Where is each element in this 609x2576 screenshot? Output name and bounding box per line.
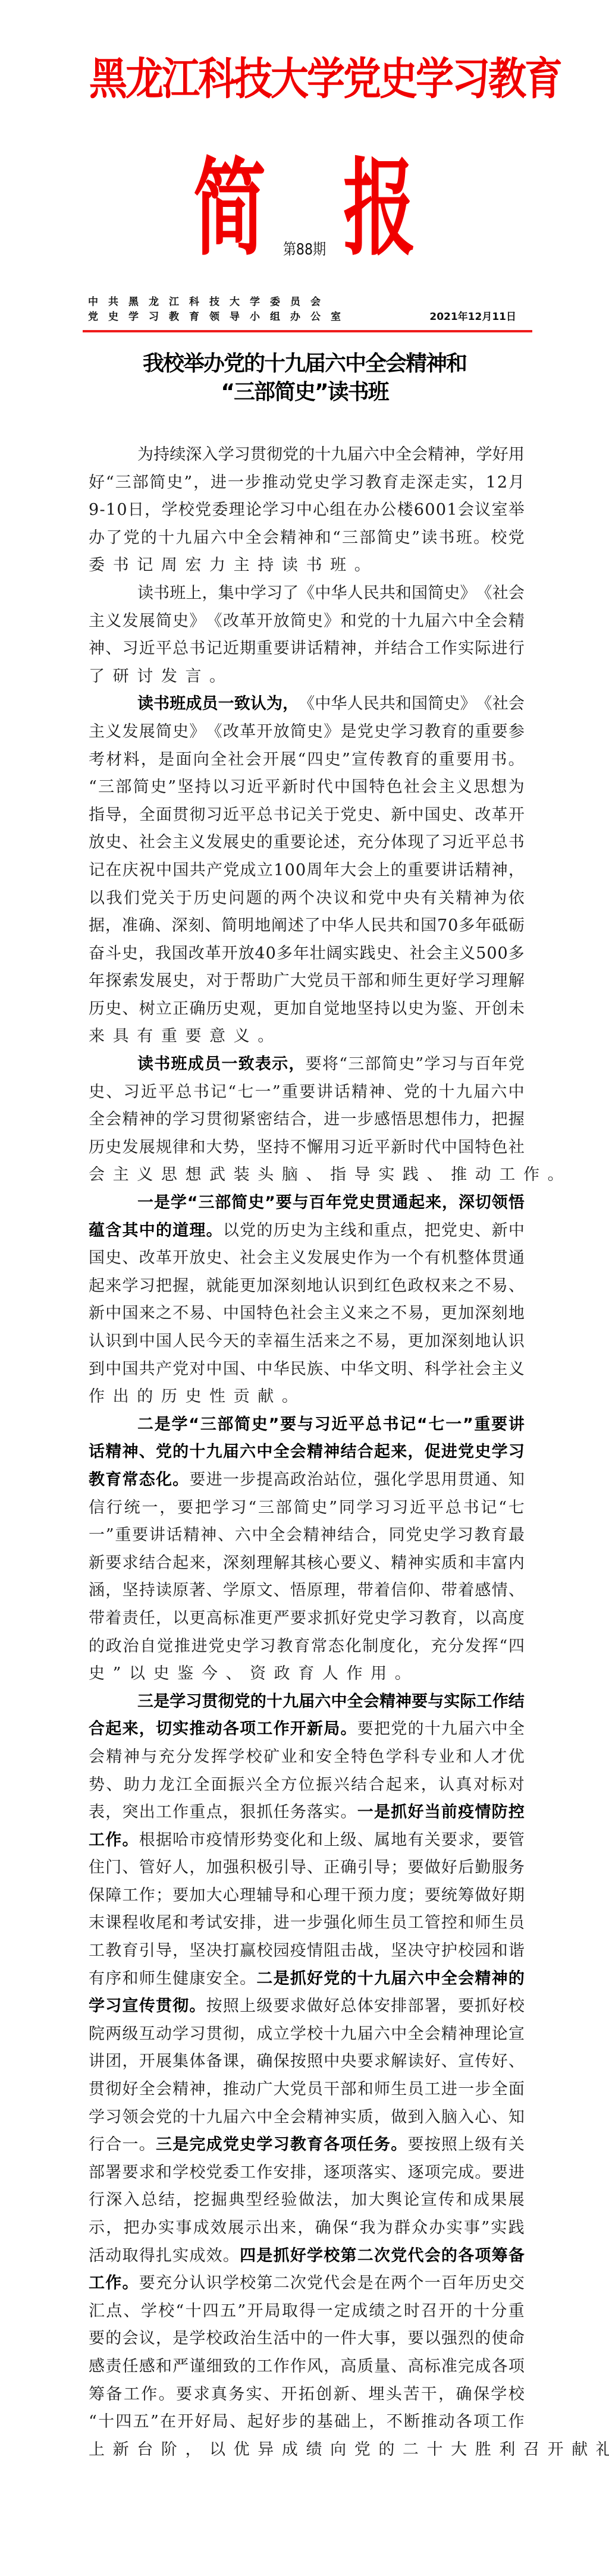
text-line: 末课程收尾和考试安排，进一步强化师生员工管控和师生员 (89, 1909, 525, 1937)
text-line: 委书记周宏力主持读书班。 (89, 552, 525, 580)
text-line: 以我们党关于历史问题的两个决议和党中央有关精神为依 (89, 885, 525, 913)
text-line: 据，准确、深刻、简明地阐述了中华人民共和国70多年砥砺 (89, 912, 525, 940)
masthead-brief-char-1: 简 (193, 127, 266, 291)
text-line: 奋斗史，我国改革开放40多年壮阔实践史、社会主义500多 (89, 940, 525, 968)
paragraph: 为持续深入学习贯彻党的十九届六中全会精神，学好用好“三部简史”，进一步推动党史学… (89, 441, 525, 580)
text-line: 办了党的十九届六中全会精神和“三部简史”读书班。校党 (89, 524, 525, 552)
text-line: 主义发展简史》《改革开放简史》是党史学习教育的重要参 (89, 718, 525, 746)
text-line: 讲团，开展集体备课，确保按照中央要求解读好、宣传好、 (89, 2048, 525, 2076)
text-line: 指导，全面贯彻习近平总书记关于党史、新中国史、改革开 (89, 802, 525, 830)
text-line: 带着责任，以更高标准更严要求抓好党史学习教育，以高度 (89, 1605, 525, 1633)
text-line: 院两级互动学习贯彻，成立学校十九届六中全会精神理论宣 (89, 2021, 525, 2049)
text-line: 会精神与充分发挥学校矿业和安全特色学科专业和人才优 (89, 1743, 525, 1771)
text-line: 工教育引导，坚决打赢校园疫情阻击战，坚决守护校园和谐 (89, 1937, 525, 1965)
text-line: 史”以史鉴今、资政育人作用。 (89, 1660, 525, 1688)
text-line: 好“三部简史”，进一步推动党史学习教育走深走实，12月 (89, 469, 525, 497)
text-line: 考材料，是面向全社会开展“四史”宣传教育的重要用书。 (89, 746, 525, 774)
text-line: 工作。要充分认识学校第二次党代会是在两个一百年历史交 (89, 2270, 525, 2298)
text-line: 一”重要讲话精神、六中全会精神结合，同党史学习教育最 (89, 1522, 525, 1550)
text-line: “十四五”在开好局、起好步的基础上，不断推动各项工作 (89, 2408, 525, 2436)
text-line: 起来学习把握，就能更加深刻地认识到红色政权来之不易、 (89, 1273, 525, 1300)
text-line: 9-10日，学校党委理论学习中心组在办公楼6001会议室举 (89, 497, 525, 524)
paragraph: 读书班成员一致认为，《中华人民共和国简史》《社会主义发展简史》《改革开放简史》是… (89, 690, 525, 1051)
text-line: 全会精神的学习贯彻紧密结合，进一步感悟思想伟力，把握 (89, 1106, 525, 1134)
article-title-line-2: “三部简史”读书班 (0, 378, 609, 407)
text-line: 读书班上，集中学习了《中华人民共和国简史》《社会 (89, 580, 525, 608)
text-line: 要的会议，是学校政治生活中的一件大事，要以强烈的使命 (89, 2325, 525, 2353)
masthead-title: 黑龙江科技大学党史学习教育 (89, 54, 520, 105)
paragraph: 一是学“三部简史”要与百年党史贯通起来，深切领悟蕴含其中的道理。以党的历史为主线… (89, 1189, 525, 1411)
text-line: 放史、社会主义发展史的重要论述，充分体现了习近平总书 (89, 829, 525, 857)
text-line: 示，把办实事成效展示出来，确保“我为群众办实事”实践 (89, 2214, 525, 2242)
text-line: 会主义思想武装头脑、指导实践、推动工作。 (89, 1161, 525, 1189)
paragraph: 读书班成员一致表示，要将“三部简史”学习与百年党史、习近平总书记“七一”重要讲话… (89, 1051, 525, 1189)
text-line: 新要求结合起来，深刻理解其核心要义、精神实质和丰富内 (89, 1550, 525, 1578)
text-line: 一是学“三部简史”要与百年党史贯通起来，深切领悟 (89, 1189, 525, 1217)
text-line: 住门、管好人，加强积极引导、正确引导；要做好后勤服务 (89, 1854, 525, 1882)
text-line: 蕴含其中的道理。以党的历史为主线和重点，把党史、新中 (89, 1217, 525, 1245)
text-line: 筹备工作。要求真务实、开拓创新、埋头苦干，确保学校 (89, 2381, 525, 2409)
text-line: 部署要求和学校党委工作安排，逐项落实、逐项完成。要进 (89, 2159, 525, 2187)
text-line: 读书班成员一致表示，要将“三部简史”学习与百年党 (89, 1051, 525, 1079)
text-line: 神、习近平总书记近期重要讲话精神，并结合工作实际进行 (89, 635, 525, 663)
text-line: 汇点、学校“十四五”开局取得一定成绩之时召开的十分重 (89, 2298, 525, 2326)
text-line: 到中国共产党对中国、中华民族、中华文明、科学社会主义 (89, 1356, 525, 1384)
masthead-divider (83, 330, 532, 332)
text-line: 工作。根据哈市疫情形势变化和上级、属地有关要求，要管 (89, 1827, 525, 1855)
text-line: 的政治自觉推进党史学习教育常态化制度化，充分发挥“四 (89, 1633, 525, 1661)
masthead-brief-char-2: 报 (343, 127, 416, 291)
briefing-page: 黑龙江科技大学党史学习教育 简 报 第88期 中共黑龙江科技大学委员会 党史学习… (0, 0, 609, 2576)
text-line: 记在庆祝中国共产党成立100周年大会上的重要讲话精神， (89, 857, 525, 885)
text-line: 话精神、党的十九届六中全会精神结合起来，促进党史学习 (89, 1438, 525, 1466)
text-line: 来具有重要意义。 (89, 1023, 525, 1051)
text-line: 作出的历史性贡献。 (89, 1383, 525, 1411)
text-line: 认识到中国人民今天的幸福生活来之不易，更加深刻地认识 (89, 1328, 525, 1356)
text-line: 历史发展规律和大势，坚持不懈用习近平新时代中国特色社 (89, 1134, 525, 1162)
text-line: 行深入总结，挖掘典型经验做法，加大舆论宣传和成果展 (89, 2187, 525, 2214)
text-line: 行合一。三是完成党史学习教育各项任务。要按照上级有关 (89, 2131, 525, 2159)
text-line: 年探索发展史，对于帮助广大党员干部和师生更好学习理解 (89, 967, 525, 995)
text-line: 学习宣传贯彻。按照上级要求做好总体安排部署，要抓好校 (89, 1993, 525, 2021)
text-line: 合起来，切实推动各项工作开新局。要把党的十九届六中全 (89, 1716, 525, 1743)
text-line: 学习领会党的十九届六中全会精神实质，做到入脑入心、知 (89, 2104, 525, 2132)
text-line: 保障工作；要加大心理辅导和心理干预力度；要统筹做好期 (89, 1882, 525, 1910)
text-line: 三是学习贯彻党的十九届六中全会精神要与实际工作结 (89, 1688, 525, 1716)
text-line: 活动取得扎实成效。四是抓好学校第二次党代会的各项筹备 (89, 2242, 525, 2270)
text-line: 历史、树立正确历史观，更加自觉地坚持以史为鉴、开创未 (89, 995, 525, 1023)
text-line: “三部简史”坚持以习近平新时代中国特色社会主义思想为 (89, 774, 525, 802)
issuer-committee: 中共黑龙江科技大学委员会 (88, 296, 331, 309)
text-line: 为持续深入学习贯彻党的十九届六中全会精神，学好用 (89, 441, 525, 469)
text-line: 国史、改革开放史、社会主义发展史作为一个有机整体贯通 (89, 1245, 525, 1273)
text-line: 贯彻好全会精神，推动广大党员干部和师生员工进一步全面 (89, 2076, 525, 2104)
article-body: 为持续深入学习贯彻党的十九届六中全会精神，学好用好“三部简史”，进一步推动党史学… (89, 441, 525, 2464)
text-line: 有序和师生健康安全。二是抓好党的十九届六中全会精神的 (89, 1965, 525, 1993)
text-line: 信行统一，要把学习“三部简史”同学习习近平总书记“七 (89, 1494, 525, 1522)
paragraph: 二是学“三部简史”要与习近平总书记“七一”重要讲话精神、党的十九届六中全会精神结… (89, 1411, 525, 1688)
text-line: 上新台阶，以优异成绩向党的二十大胜利召开献礼。 (89, 2436, 525, 2464)
text-line: 势、助力龙江全面振兴全方位振兴结合起来，认真对标对 (89, 1771, 525, 1799)
text-line: 史、习近平总书记“七一”重要讲话精神、党的十九届六中 (89, 1079, 525, 1107)
text-line: 主义发展简史》《改革开放简史》和党的十九届六中全会精 (89, 608, 525, 636)
issue-date: 2021年12月11日 (429, 310, 516, 323)
text-line: 了研讨发言。 (89, 663, 525, 691)
paragraph: 读书班上，集中学习了《中华人民共和国简史》《社会主义发展简史》《改革开放简史》和… (89, 580, 525, 690)
text-line: 新中国来之不易、中国特色社会主义来之不易，更加深刻地 (89, 1300, 525, 1328)
issue-number: 第88期 (46, 239, 563, 260)
paragraph: 三是学习贯彻党的十九届六中全会精神要与实际工作结合起来，切实推动各项工作开新局。… (89, 1688, 525, 2464)
text-line: 二是学“三部简史”要与习近平总书记“七一”重要讲 (89, 1411, 525, 1439)
text-line: 涵，坚持读原著、学原文、悟原理，带着信仰、带着感情、 (89, 1577, 525, 1605)
text-line: 感责任感和严谨细致的工作作风，高质量、高标准完成各项 (89, 2353, 525, 2381)
text-line: 读书班成员一致认为，《中华人民共和国简史》《社会 (89, 690, 525, 718)
issuer-office: 党史学习教育领导小组办公室 (88, 310, 351, 323)
article-title-line-1: 我校举办党的十九届六中全会精神和 (0, 350, 609, 378)
text-line: 表，突出工作重点，狠抓任务落实。一是抓好当前疫情防控 (89, 1799, 525, 1827)
text-line: 教育常态化。要进一步提高政治站位，强化学思用贯通、知 (89, 1466, 525, 1494)
